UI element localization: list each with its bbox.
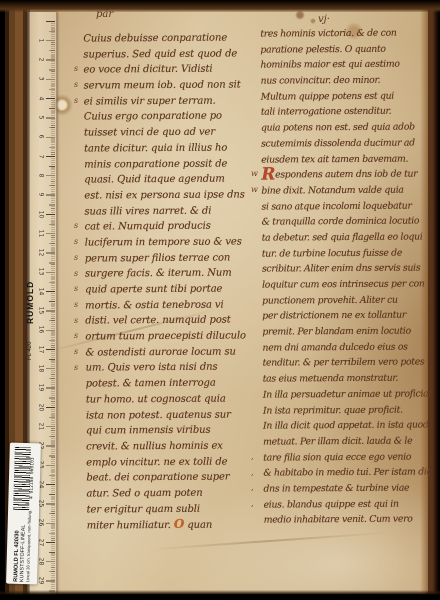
margin-mark: s	[74, 331, 78, 340]
barcode	[13, 446, 31, 510]
manuscript-line: crevit. & nullius hominis ex	[86, 438, 238, 455]
manuscript-line: si sano atque incolomi loquebatur	[261, 198, 429, 215]
manuscript-line: luciferum in tempore suo & ves	[85, 234, 237, 251]
ruler-cm-number: 21	[38, 421, 45, 431]
manuscript-line: & ostendisti aurorae locum su	[85, 344, 237, 361]
manuscript-line: dns in tempestate & turbine viae	[263, 480, 431, 497]
manuscript-line: mortis. & ostia tenebrosa vi	[85, 297, 237, 314]
manuscript-line: emplo vincitur. ne ex tolli de	[86, 454, 238, 471]
manuscript-line: suas illi vires narret. & di	[84, 203, 236, 220]
manuscript-line: In illa persuadetur animae ut proficiat.	[263, 386, 431, 403]
label-description-line: Lineal 30 cm, transparent, mm-Teilung.	[25, 514, 32, 582]
manuscript-line: quid aperte sunt tibi portae	[85, 281, 237, 298]
margin-mark: s	[74, 284, 78, 293]
manuscript-line: atur. Sed o quam poten	[86, 485, 238, 502]
manuscript-line: est. nisi ex persona sua ipse dns	[84, 187, 236, 204]
manuscript-line: cat ei. Numquid producis	[85, 219, 237, 236]
margin-mark: w	[251, 185, 258, 194]
folio-number: vj·	[318, 14, 330, 25]
manuscript-line: loquitur cum eos intrinsecus per con	[262, 276, 430, 293]
margin-mark: ‚	[251, 483, 254, 492]
margin-mark: s	[74, 316, 78, 325]
ruler-cm-number: 18	[38, 363, 45, 373]
manuscript-line: ta debetur. sed quia flagella eo loqui	[262, 229, 430, 246]
manuscript-line: ter erigitur quam subli	[87, 501, 239, 518]
margin-mark: s	[74, 347, 78, 356]
margin-mark: s	[74, 269, 78, 278]
ruler-cm-number: 6	[38, 132, 45, 142]
manuscript-line: eiusdem tex ait tamen bavemam.	[261, 151, 429, 168]
ruler-cm-number: 14	[38, 286, 45, 296]
manuscript-line: tres hominis victoria. & de con	[260, 25, 428, 42]
ruler-cm-number: 20	[38, 402, 45, 412]
manuscript-line: tenditur. & per terribilem vero potes	[263, 355, 431, 372]
ruler-cm-number: 3	[38, 74, 45, 84]
margin-mark: s	[74, 96, 78, 105]
ruler-cm-number: 12	[38, 248, 45, 258]
manuscript-line: premit. Per blandam enim locutio	[262, 323, 430, 340]
manuscript-line: bine dixit. Notandum valde quia	[261, 182, 429, 199]
text-column-right: tres hominis victoria. & de conparatione…	[260, 25, 432, 528]
ruler-cm-number: 5	[38, 113, 45, 123]
manuscript-line: ei similis vir super terram.	[84, 93, 236, 110]
margin-mark: ‚	[251, 499, 254, 508]
manuscript-line: quia potens non est. sed quia adob	[261, 120, 429, 137]
manuscript-line: Multum quippe potens est qui	[261, 88, 429, 105]
manuscript-line: medio inhabitare venit. Cum vero	[264, 512, 432, 529]
manuscript-line: servum meum iob. quod non sit	[84, 78, 236, 95]
manuscript-line: minis conparatione possit de	[84, 156, 236, 173]
ruler-cm-number: 29	[38, 576, 45, 586]
manuscript-line: qui cum inmensis viribus	[86, 423, 238, 440]
photo-edge-top	[0, 0, 440, 12]
manuscript-line: tur homo. ut cognoscat quia	[86, 391, 238, 408]
margin-mark: s	[74, 300, 78, 309]
manuscript-line: punctionem provehit. Aliter cu	[262, 292, 430, 309]
margin-mark: w	[251, 169, 258, 178]
ruler-cm-number: 11	[38, 228, 45, 238]
manuscript-line: miter humiliatur. O quan	[87, 517, 239, 534]
ruler-cm-number: 13	[38, 267, 45, 277]
manuscript-line: & habitabo in medio tui. Per istam dicit…	[263, 465, 431, 482]
ruler-half-ticks	[49, 31, 55, 600]
margin-mark: s	[74, 237, 78, 246]
ruler-cm-number: 9	[38, 190, 45, 200]
manuscript-line: per districtionem ne ex tollantur	[262, 308, 430, 325]
manuscript-line: tare filia sion quia ecce ego venio	[263, 449, 431, 466]
manuscript-line: tuisset vinci de quo ad ver	[84, 125, 236, 142]
manuscript-line: Cuius debuisse conparatione	[83, 30, 235, 47]
manuscript-line: superius. Sed quid est quod de	[83, 46, 235, 63]
manuscript-line: scribitur. Aliter enim dns servis suis	[262, 261, 430, 278]
ruler-cm-number: 27	[38, 537, 45, 547]
manuscript-line: nus convincitur. deo minor.	[261, 72, 429, 89]
manuscript-line: perum super filios terrae con	[85, 250, 237, 267]
ruler-cm-number: 2	[38, 55, 45, 65]
rubric-initial: R	[261, 165, 275, 185]
manuscript-line: ortum tuum praecepisti diluculo	[85, 329, 237, 346]
margin-mark: s	[74, 64, 78, 73]
manuscript-line: metuat. Per illam dicit. lauda & le	[263, 433, 431, 450]
manuscript-line: um. Quis vero ista nisi dns	[86, 360, 238, 377]
manuscript-line: surgere facis. & iterum. Num	[85, 266, 237, 283]
manuscript-photo: pãr vj· Cuius debuisse conparationesuper…	[0, 0, 440, 600]
ruler-cm-number: 15	[38, 306, 45, 316]
photo-edge-bottom	[0, 590, 440, 600]
manuscript-line: ista non potest. quatenus sur	[86, 407, 238, 424]
sticker-label: RUMOLD FL 420/30 KUNSTSTOFF-LINEAL Linea…	[6, 443, 41, 585]
margin-mark: ‚	[251, 452, 254, 461]
ruler-cm-number: 10	[38, 209, 45, 219]
manuscript-line: nem dni amanda dulcedo eius os	[262, 339, 430, 356]
ruler-cm-number: 1	[38, 35, 45, 45]
ruler-cm-number: 17	[38, 344, 45, 354]
ruler-cm-number: 28	[38, 556, 45, 566]
margin-mark: ‚	[251, 468, 254, 477]
ruler-cm-number: 8	[38, 170, 45, 180]
margin-mark: s	[74, 253, 78, 262]
manuscript-line: tante dicitur. quia in illius ho	[84, 140, 236, 157]
page-gutter-right	[420, 0, 440, 600]
manuscript-line: disti. vel certe. numquid post	[85, 313, 237, 330]
manuscript-line: tali interrogatione ostenditur.	[261, 104, 429, 121]
rubric-initial: O	[174, 517, 184, 531]
margin-mark: s	[74, 80, 78, 89]
manuscript-line: tur. de turbine locutus fuisse de	[262, 245, 430, 262]
manuscript-line: potest. & tamen interroga	[86, 376, 238, 393]
manuscript-line: & tranquilla corde dominica locutio	[262, 214, 430, 231]
manuscript-line: quasi. Quid itaque agendum	[84, 172, 236, 189]
ruler-cm-number: 4	[38, 93, 45, 103]
manuscript-line: eo voce dni dicitur. Vidisti	[83, 62, 235, 79]
manuscript-line: Cuius ergo conparatione po	[84, 109, 236, 126]
manuscript-line: tas eius metuenda monstratur.	[263, 371, 431, 388]
manuscript-line: eius. blandus quippe est qui in	[264, 496, 432, 513]
text-column-left: Cuius debuisse conparationesuperius. Sed…	[83, 30, 239, 533]
manuscript-line: paratione pelestis. O quanto	[260, 41, 428, 58]
margin-mark: s	[74, 221, 78, 230]
manuscript-line: In illa dicit quod appetat. in ista quod	[263, 418, 431, 435]
ruler-cm-number: 19	[38, 383, 45, 393]
manuscript-line: beat. dei conparatione super	[86, 470, 238, 487]
manuscript-line: In ista reprimitur. quae proficit.	[263, 402, 431, 419]
barcode-number: 4 012108 060103	[30, 457, 36, 499]
manuscript-line: hominibs maior est qui aestimo	[260, 57, 428, 74]
manuscript-line: scutemimis dissolenda ducimur ad	[261, 135, 429, 152]
manuscript-line: Respondens autem dns iob de tur	[261, 167, 429, 184]
ruler-cm-number: 7	[38, 151, 45, 161]
margin-mark: s	[74, 363, 78, 372]
ruler-cm-number: 16	[38, 325, 45, 335]
